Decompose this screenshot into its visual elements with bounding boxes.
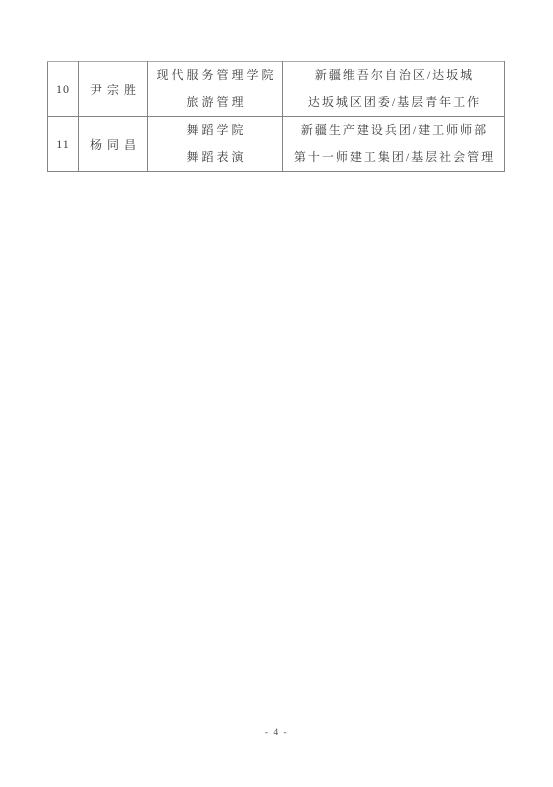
- cell-name: 杨同昌: [79, 117, 148, 172]
- cell-index: 11: [48, 117, 79, 172]
- college-line: 舞蹈学院: [148, 117, 282, 144]
- major-line: 旅游管理: [148, 89, 282, 116]
- cell-college-major: 舞蹈学院 舞蹈表演: [148, 117, 283, 172]
- table-row: 10 尹宗胜 现代服务管理学院 旅游管理 新疆维吾尔自治区/达坂城 达坂城区团委…: [48, 62, 505, 117]
- cell-college-major: 现代服务管理学院 旅游管理: [148, 62, 283, 117]
- table-row: 11 杨同昌 舞蹈学院 舞蹈表演 新疆生产建设兵团/建工师师部 第十一师建工集团…: [48, 117, 505, 172]
- cell-index: 10: [48, 62, 79, 117]
- cell-destination-position: 新疆生产建设兵团/建工师师部 第十一师建工集团/基层社会管理: [283, 117, 505, 172]
- position-line: 达坂城区团委/基层青年工作: [283, 89, 504, 116]
- document-page: 10 尹宗胜 现代服务管理学院 旅游管理 新疆维吾尔自治区/达坂城 达坂城区团委…: [0, 0, 553, 787]
- cell-destination-position: 新疆维吾尔自治区/达坂城 达坂城区团委/基层青年工作: [283, 62, 505, 117]
- graduates-table: 10 尹宗胜 现代服务管理学院 旅游管理 新疆维吾尔自治区/达坂城 达坂城区团委…: [47, 61, 505, 172]
- college-line: 现代服务管理学院: [148, 62, 282, 89]
- major-line: 舞蹈表演: [148, 144, 282, 171]
- destination-line: 新疆生产建设兵团/建工师师部: [283, 117, 504, 144]
- destination-line: 新疆维吾尔自治区/达坂城: [283, 62, 504, 89]
- page-number: - 4 -: [0, 728, 553, 738]
- cell-name: 尹宗胜: [79, 62, 148, 117]
- position-line: 第十一师建工集团/基层社会管理: [283, 144, 504, 171]
